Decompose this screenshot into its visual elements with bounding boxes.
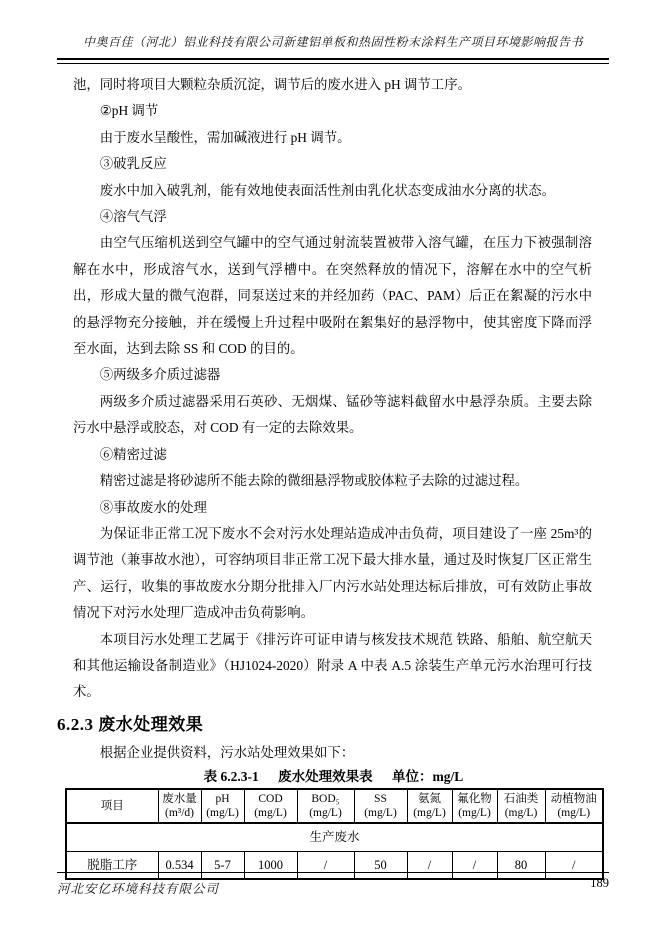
column-header-cod: COD(mg/L) <box>244 789 297 823</box>
table-cell: / <box>452 851 497 879</box>
column-header-petroleum: 石油类(mg/L) <box>497 789 545 823</box>
paragraph: 由于废水呈酸性，需加碱液进行 pH 调节。 <box>73 125 592 151</box>
column-header-ss: SS(mg/L) <box>354 789 407 823</box>
paragraph: 为保证非正常工况下废水不会对污水处理站造成冲击负荷，项目建设了一座 25m³的调… <box>73 521 592 627</box>
paragraph: 本项目污水处理工艺属于《排污许可证申请与核发技术规范 铁路、船舶、航空航天和其他… <box>73 627 592 706</box>
section-heading: 6.2.3 废水处理效果 <box>57 712 592 737</box>
column-header-item: 项目 <box>66 789 158 823</box>
page-number: 189 <box>590 876 609 891</box>
paragraph: 池，同时将项目大颗粒杂质沉淀，调节后的废水进入 pH 调节工序。 <box>73 72 592 98</box>
column-header-animal-plant-oil: 动植物油(mg/L) <box>545 789 603 823</box>
column-header-ph: pH(mg/L) <box>201 789 244 823</box>
paragraph: 废水中加入破乳剂，能有效地使表面活性剂由乳化状态变成油水分离的状态。 <box>73 178 592 204</box>
table-row: 脱脂工序 0.534 5-7 1000 / 50 / / 80 / <box>66 851 603 879</box>
page-body: 池，同时将项目大颗粒杂质沉淀，调节后的废水进入 pH 调节工序。 ②pH 调节 … <box>73 72 592 880</box>
table-intro-paragraph: 根据企业提供资料，污水站处理效果如下： <box>73 740 592 766</box>
footer-rule <box>57 872 609 873</box>
paragraph: ⑤两级多介质过滤器 <box>73 362 592 388</box>
table-header-row: 项目 废水量(m³/d) pH(mg/L) COD(mg/L) BOD₅(mg/… <box>66 789 603 823</box>
table-cell: / <box>297 851 354 879</box>
column-header-flow: 废水量(m³/d) <box>158 789 201 823</box>
column-header-ammonia: 氨氮(mg/L) <box>407 789 452 823</box>
paragraph: 精密过滤是将砂滤所不能去除的微细悬浮物或胶体粒子去除的过滤过程。 <box>73 468 592 494</box>
table-cell: 5-7 <box>201 851 244 879</box>
paragraph: ②pH 调节 <box>73 98 592 124</box>
paragraph: ④溶气气浮 <box>73 204 592 230</box>
table-caption-unit: 单位：mg/L <box>392 769 463 784</box>
group-row-label: 生产废水 <box>66 823 603 851</box>
document-page: 中奥百佳（河北）铝业科技有限公司新建铝单板和热固性粉末涂料生产项目环境影响报告书… <box>0 0 666 929</box>
paragraph: ③破乳反应 <box>73 151 592 177</box>
table-cell: 50 <box>354 851 407 879</box>
paragraph: 由空气压缩机送到空气罐中的空气通过射流装置被带入溶气罐，在压力下被强制溶解在水中… <box>73 230 592 362</box>
table-group-row: 生产废水 <box>66 823 603 851</box>
paragraph: ⑥精密过滤 <box>73 442 592 468</box>
table-cell: 0.534 <box>158 851 201 879</box>
table-caption: 表 6.2.3-1 废水处理效果表 单位：mg/L <box>65 768 602 786</box>
table-cell: / <box>407 851 452 879</box>
table-cell: 1000 <box>244 851 297 879</box>
wastewater-effect-table: 项目 废水量(m³/d) pH(mg/L) COD(mg/L) BOD₅(mg/… <box>65 788 604 880</box>
table-cell: / <box>545 851 603 879</box>
column-header-bod5: BOD₅(mg/L) <box>297 789 354 823</box>
footer-company-name: 河北安亿环境科技有限公司 <box>57 879 219 897</box>
paragraph: ⑧事故废水的处理 <box>73 495 592 521</box>
table-caption-label: 表 6.2.3-1 <box>204 769 259 784</box>
running-header-title: 中奥百佳（河北）铝业科技有限公司新建铝单板和热固性粉末涂料生产项目环境影响报告书 <box>57 33 609 50</box>
paragraph: 两级多介质过滤器采用石英砂、无烟煤、锰砂等滤料截留水中悬浮杂质。主要去除污水中悬… <box>73 389 592 442</box>
table-caption-title: 废水处理效果表 <box>278 769 373 784</box>
header-double-rule <box>57 58 609 64</box>
column-header-fluoride: 氟化物(mg/L) <box>452 789 497 823</box>
table-cell: 80 <box>497 851 545 879</box>
table-cell: 脱脂工序 <box>66 851 158 879</box>
